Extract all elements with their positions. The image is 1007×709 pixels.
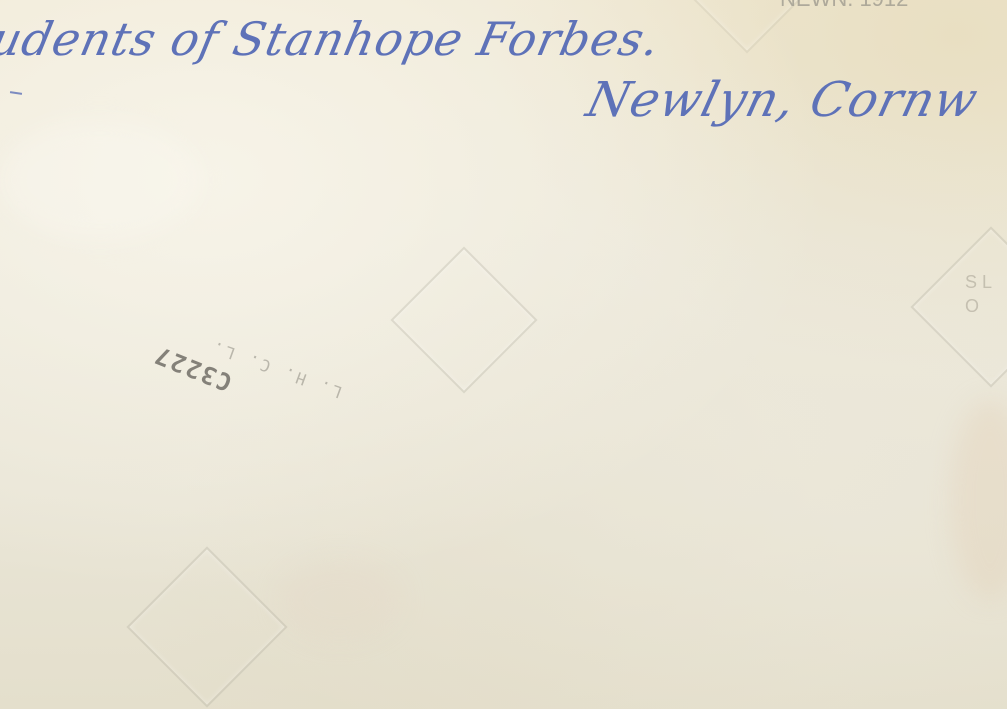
handwritten-line-1: udents of Stanhope Forbes. [0,12,665,66]
handwritten-line-2: Newlyn, Cornw [581,72,984,128]
paper-stain [280,560,400,640]
paper-highlight [0,120,200,240]
embossed-partial-text: S L O [965,270,995,318]
partial-printed-text: NEWN. 1912 [780,0,908,12]
